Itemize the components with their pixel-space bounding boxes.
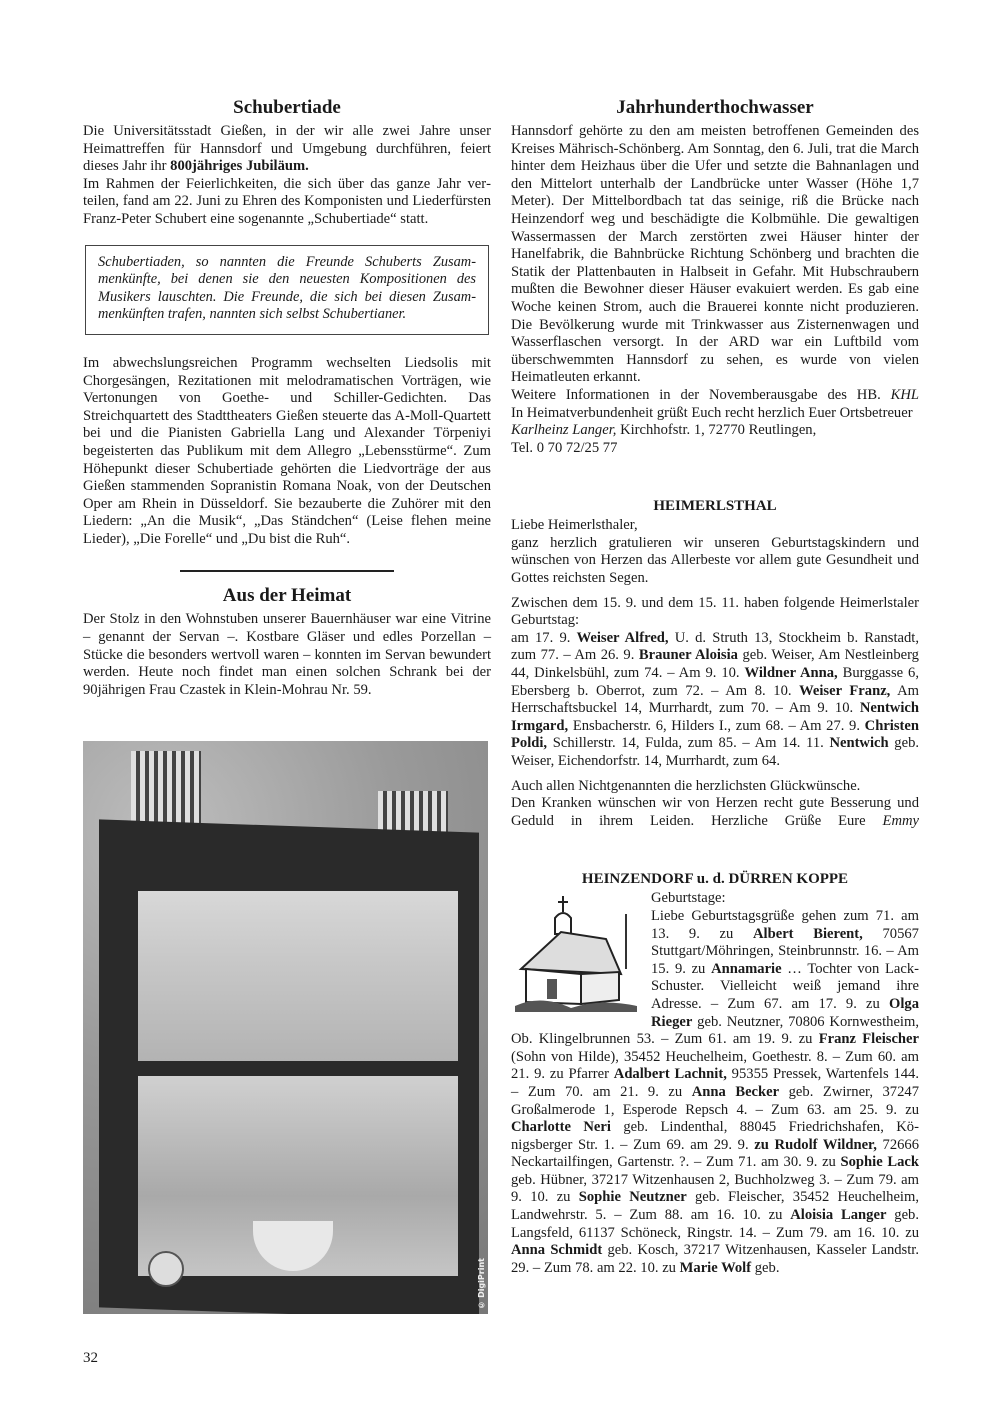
signature-name: Karlheinz Langer,: [511, 422, 616, 438]
author-initials: KHL: [891, 387, 919, 403]
clock-icon: [148, 1251, 184, 1287]
schubertiade-intro: Die Universitätsstadt Gießen, in der wir…: [83, 123, 491, 176]
heimerlsthal-paragraph-3: Auch allen Nichtgenannten die herzlichst…: [511, 778, 919, 796]
heimerlsthal-paragraph-1: ganz herzlich gratulieren wir unseren Ge…: [511, 535, 919, 588]
heimerlsthal-closing: Den Kranken wünschen wir von Herzen rech…: [511, 795, 919, 830]
schubertiade-callout-box: Schubertiaden, so nannten die Freunde Sc…: [85, 245, 489, 335]
heimerlsthal-salutation: Liebe Heimerlsthaler,: [511, 517, 919, 535]
right-column: Jahrhunderthochwasser Hannsdorf gehörte …: [511, 96, 919, 1277]
heimat-heading: Aus der Heimat: [83, 584, 491, 608]
vitrine-photo: © DigiPrint: [83, 741, 488, 1314]
section-divider: [180, 570, 394, 572]
heimerlsthal-paragraph-2: Zwischen dem 15. 9. und dem 15. 11. habe…: [511, 595, 919, 630]
cabinet-upper-shelf: [138, 891, 458, 1061]
hochwasser-paragraph: Hannsdorf gehörte zu den am meisten betr…: [511, 123, 919, 387]
hochwasser-more-info: Weitere Informationen in der Novemberaus…: [511, 387, 919, 405]
hochwasser-heading: Jahrhunderthochwasser: [511, 96, 919, 120]
schubertiade-heading: Schubertiade: [83, 96, 491, 120]
hochwasser-telephone: Tel. 0 70 72/25 77: [511, 440, 919, 458]
page-number: 32: [83, 1350, 98, 1367]
hochwasser-greeting: In Heimatverbundenheit grüßt Euch recht …: [511, 405, 919, 423]
schubertiade-paragraph-2: Im Rahmen der Feierlichkeiten, die sich …: [83, 176, 491, 229]
heimerlsthal-heading: HEIMERLSTHAL: [511, 497, 919, 515]
schubertiade-paragraph-3: Im abwechslungsreichen Programm wechselt…: [83, 355, 491, 549]
hochwasser-signature: Karlheinz Langer, Kirchhofstr. 1, 72770 …: [511, 422, 919, 440]
signature-emmy: Emmy: [883, 813, 919, 829]
heimat-paragraph: Der Stolz in den Wohnstuben unserer Baue…: [83, 611, 491, 699]
decor-vase-left: [131, 751, 201, 826]
chapel-illustration-icon: [511, 894, 641, 1014]
jubilee-highlight: 800jähriges Jubiläum.: [170, 158, 309, 174]
heimerlsthal-birthday-list: am 17. 9. Weiser Alfred, U. d. Struth 13…: [511, 630, 919, 771]
left-column: Schubertiade Die Universitätsstadt Gieße…: [83, 96, 491, 699]
photo-credit: © DigiPrint: [477, 1258, 486, 1310]
heinzendorf-heading: HEINZENDORF u. d. DÜRREN KOPPE: [511, 870, 919, 888]
birthday-entry: Marie Wolf geb.: [680, 1260, 780, 1276]
